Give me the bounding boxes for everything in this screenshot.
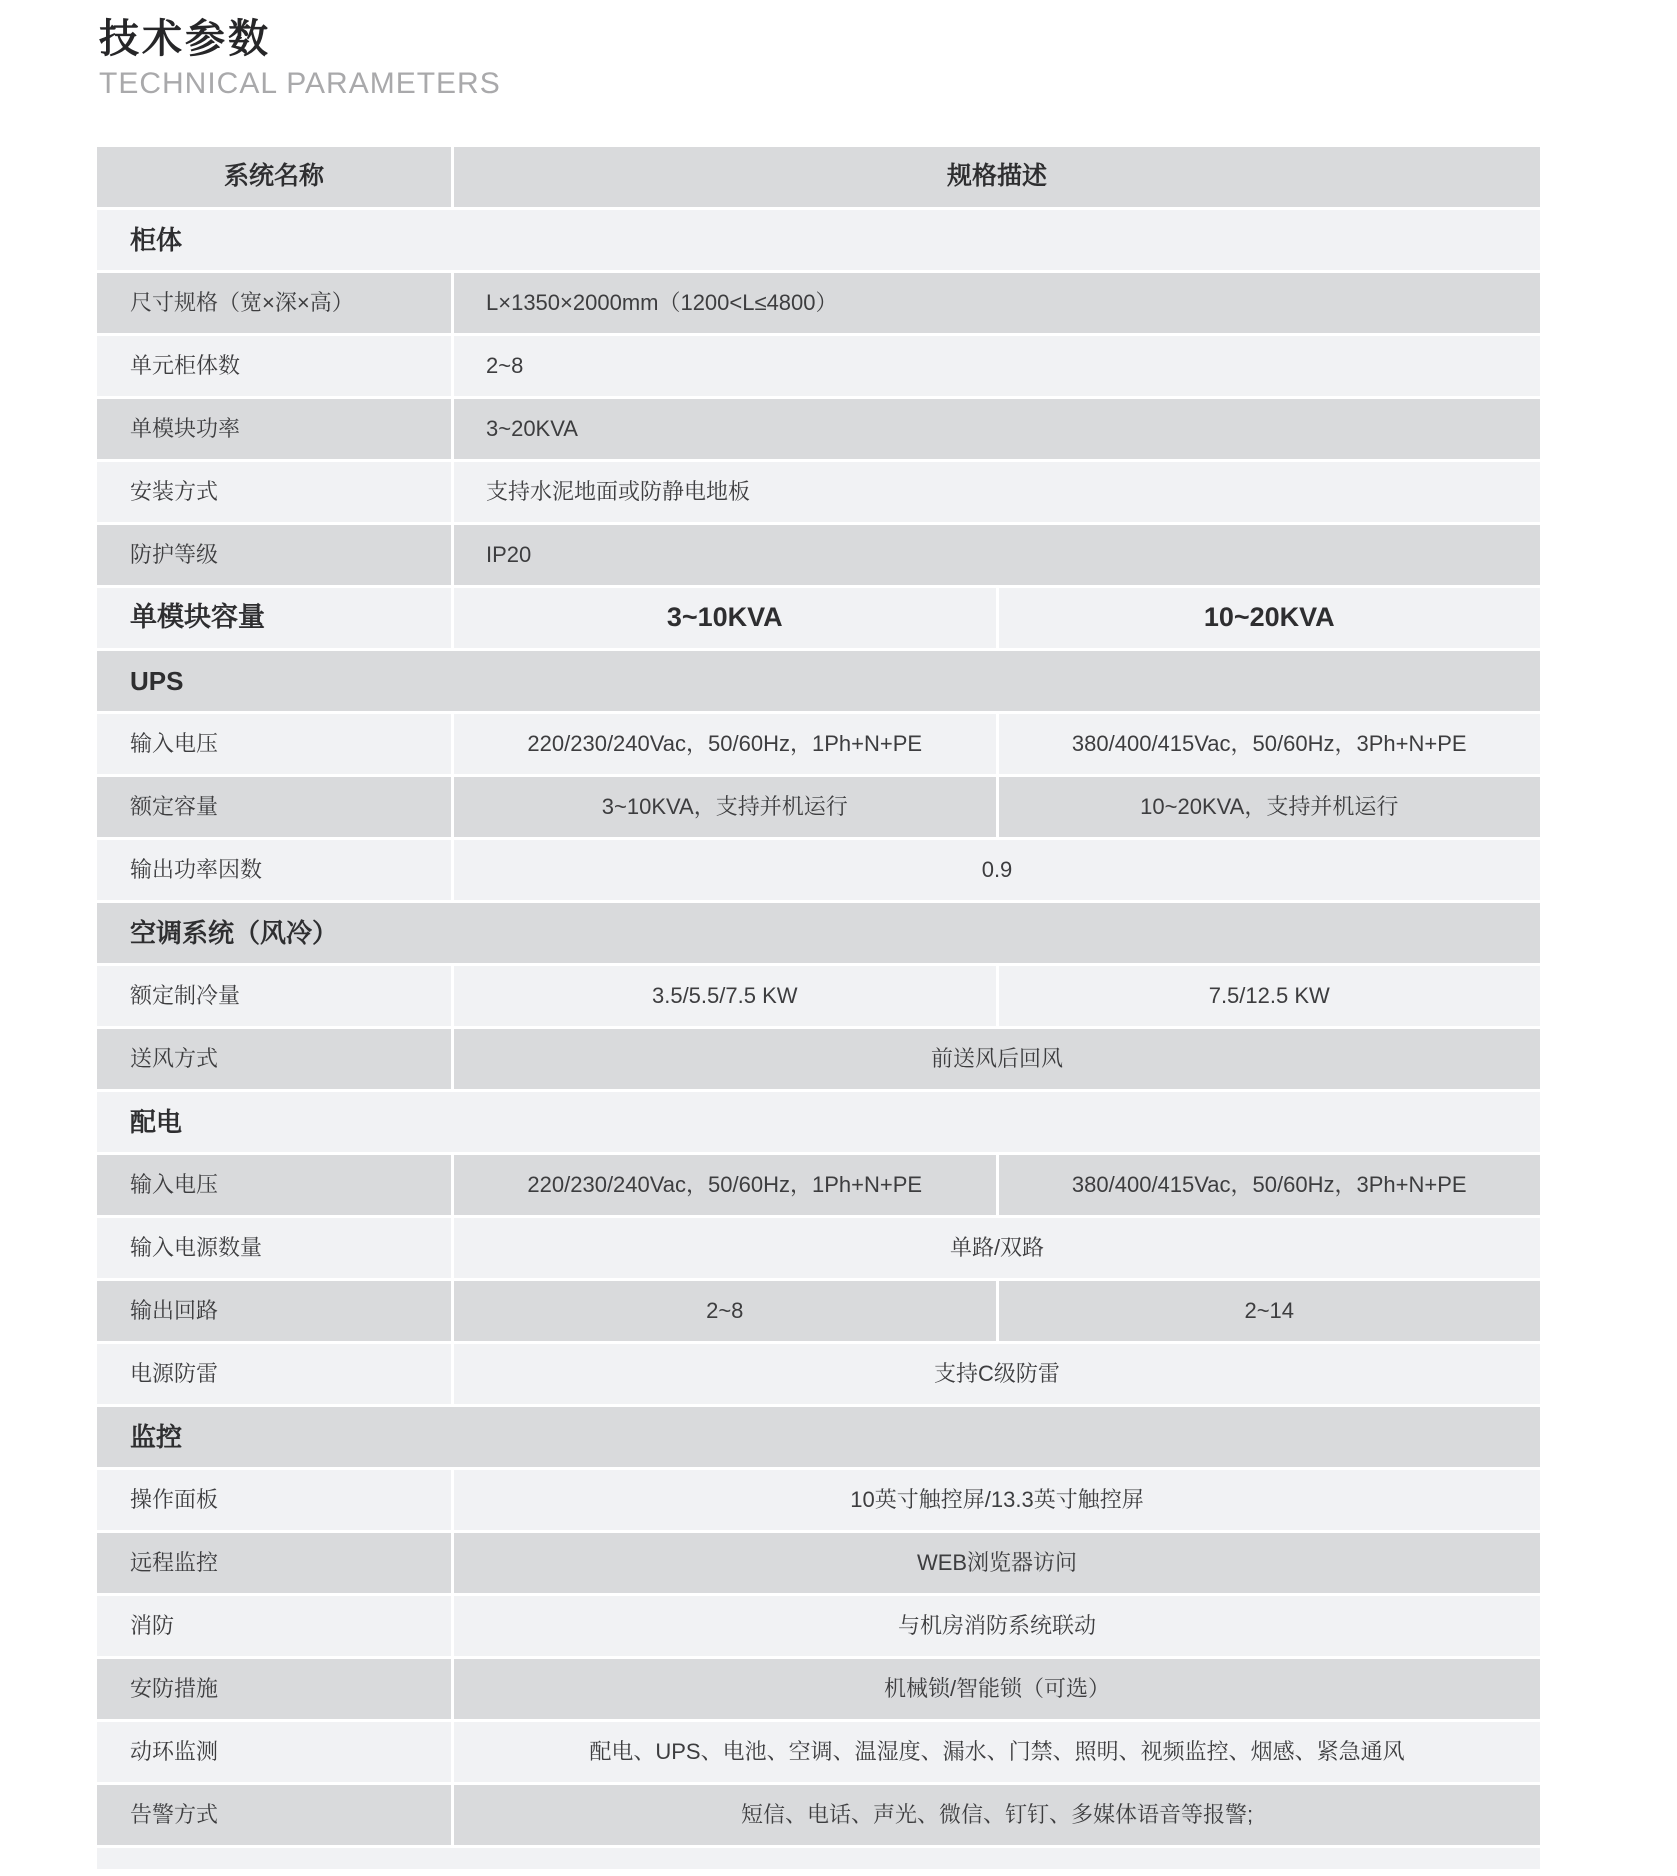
row-value: 短信、电话、声光、微信、钉钉、多媒体语音等报警; <box>454 1785 1540 1845</box>
row-label: 输入电压 <box>97 714 451 774</box>
row-label: 输出功率因数 <box>97 840 451 900</box>
row-output-circuits: 输出回路 2~8 2~14 <box>97 1281 1540 1341</box>
row-label: 单元柜体数 <box>97 336 451 396</box>
row-input-power-count: 输入电源数量 单路/双路 <box>97 1218 1540 1278</box>
row-security-measures: 安防措施 机械锁/智能锁（可选） <box>97 1659 1540 1719</box>
row-value-b: 10~20KVA <box>999 588 1541 648</box>
row-pd-input-voltage: 输入电压 220/230/240Vac，50/60Hz，1Ph+N+PE 380… <box>97 1155 1540 1215</box>
row-alarm-methods: 告警方式 短信、电话、声光、微信、钉钉、多媒体语音等报警; <box>97 1785 1540 1845</box>
row-label: 额定容量 <box>97 777 451 837</box>
header-system-name: 系统名称 <box>97 147 451 207</box>
row-value-a: 220/230/240Vac，50/60Hz，1Ph+N+PE <box>454 1155 996 1215</box>
row-installation: 安装方式 支持水泥地面或防静电地板 <box>97 462 1540 522</box>
row-label: 输出回路 <box>97 1281 451 1341</box>
row-rated-cooling: 额定制冷量 3.5/5.5/7.5 KW 7.5/12.5 KW <box>97 966 1540 1026</box>
section-aircon: 空调系统（风冷） <box>97 903 1540 963</box>
section-title: 配电 <box>97 1092 1540 1152</box>
page-title-zh: 技术参数 <box>99 16 1677 62</box>
row-value: 0.9 <box>454 840 1540 900</box>
row-label: 额定制冷量 <box>97 966 451 1026</box>
row-value: 机械锁/智能锁（可选） <box>454 1659 1540 1719</box>
row-ups-input-voltage: 输入电压 220/230/240Vac，50/60Hz，1Ph+N+PE 380… <box>97 714 1540 774</box>
row-dimensions: 尺寸规格（宽×深×高） L×1350×2000mm（1200<L≤4800） <box>97 273 1540 333</box>
row-label: 单模块功率 <box>97 399 451 459</box>
row-value: 2~8 <box>454 336 1540 396</box>
row-value: 前送风后回风 <box>454 1029 1540 1089</box>
row-fire-protection: 消防 与机房消防系统联动 <box>97 1596 1540 1656</box>
row-value: 支持C级防雷 <box>454 1344 1540 1404</box>
row-value: 支持水泥地面或防静电地板 <box>454 462 1540 522</box>
page-title-block: 技术参数 TECHNICAL PARAMETERS <box>99 16 1677 101</box>
row-value: 配电、UPS、电池、空调、温湿度、漏水、门禁、照明、视频监控、烟感、紧急通风 <box>454 1722 1540 1782</box>
row-value-b: 380/400/415Vac，50/60Hz，3Ph+N+PE <box>999 714 1541 774</box>
row-value: IP20 <box>454 525 1540 585</box>
section-title: 空调系统（风冷） <box>97 903 1540 963</box>
section-power-distribution: 配电 <box>97 1092 1540 1152</box>
row-value-b: 7.5/12.5 KW <box>999 966 1541 1026</box>
row-value: L×1350×2000mm（1200<L≤4800） <box>454 273 1540 333</box>
row-label: 输入电压 <box>97 1155 451 1215</box>
row-value: 10英寸触控屏/13.3英寸触控屏 <box>454 1470 1540 1530</box>
row-protection-rating: 防护等级 IP20 <box>97 525 1540 585</box>
row-remote-monitoring: 远程监控 WEB浏览器访问 <box>97 1533 1540 1593</box>
table-header-row: 系统名称 规格描述 <box>97 147 1540 207</box>
row-label: 输入电源数量 <box>97 1218 451 1278</box>
section-monitoring: 监控 <box>97 1407 1540 1467</box>
row-label: 电源防雷 <box>97 1344 451 1404</box>
row-unit-cabinet-count: 单元柜体数 2~8 <box>97 336 1540 396</box>
row-label: 安防措施 <box>97 1659 451 1719</box>
row-label: 单模块容量 <box>97 588 451 648</box>
row-value: WEB浏览器访问 <box>454 1533 1540 1593</box>
row-label: 远程监控 <box>97 1533 451 1593</box>
page-title-en: TECHNICAL PARAMETERS <box>99 67 1677 101</box>
row-value-a: 2~8 <box>454 1281 996 1341</box>
row-label: 安装方式 <box>97 462 451 522</box>
technical-parameters-table: 系统名称 规格描述 柜体 尺寸规格（宽×深×高） L×1350×2000mm（1… <box>97 147 1540 1869</box>
section-ups: UPS <box>97 651 1540 711</box>
row-air-supply: 送风方式 前送风后回风 <box>97 1029 1540 1089</box>
row-label: 防护等级 <box>97 525 451 585</box>
section-title: 监控 <box>97 1407 1540 1467</box>
row-value-b: 10~20KVA，支持并机运行 <box>999 777 1541 837</box>
section-title: 柜体 <box>97 210 1540 270</box>
row-label: 消防 <box>97 1596 451 1656</box>
row-rated-capacity: 额定容量 3~10KVA，支持并机运行 10~20KVA，支持并机运行 <box>97 777 1540 837</box>
row-control-panel: 操作面板 10英寸触控屏/13.3英寸触控屏 <box>97 1470 1540 1530</box>
row-value-b: 2~14 <box>999 1281 1541 1341</box>
section-cabinet: 柜体 <box>97 210 1540 270</box>
section-title: UPS <box>97 651 1540 711</box>
row-surge-protection: 电源防雷 支持C级防雷 <box>97 1344 1540 1404</box>
row-value-a: 3.5/5.5/7.5 KW <box>454 966 996 1026</box>
row-label: 动环监测 <box>97 1722 451 1782</box>
row-value: 与机房消防系统联动 <box>454 1596 1540 1656</box>
row-output-power-factor: 输出功率因数 0.9 <box>97 840 1540 900</box>
row-value: 3~20KVA <box>454 399 1540 459</box>
row-label: 送风方式 <box>97 1029 451 1089</box>
row-value-a: 3~10KVA，支持并机运行 <box>454 777 996 837</box>
row-label: 操作面板 <box>97 1470 451 1530</box>
row-module-capacity: 单模块容量 3~10KVA 10~20KVA <box>97 588 1540 648</box>
row-label: 告警方式 <box>97 1785 451 1845</box>
row-value-a: 3~10KVA <box>454 588 996 648</box>
row-value-b: 380/400/415Vac，50/60Hz，3Ph+N+PE <box>999 1155 1541 1215</box>
row-label: 尺寸规格（宽×深×高） <box>97 273 451 333</box>
row-value-a: 220/230/240Vac，50/60Hz，1Ph+N+PE <box>454 714 996 774</box>
header-spec-desc: 规格描述 <box>454 147 1540 207</box>
row-module-power: 单模块功率 3~20KVA <box>97 399 1540 459</box>
next-row-sliver <box>97 1848 1540 1869</box>
row-env-monitoring: 动环监测 配电、UPS、电池、空调、温湿度、漏水、门禁、照明、视频监控、烟感、紧… <box>97 1722 1540 1782</box>
row-value: 单路/双路 <box>454 1218 1540 1278</box>
